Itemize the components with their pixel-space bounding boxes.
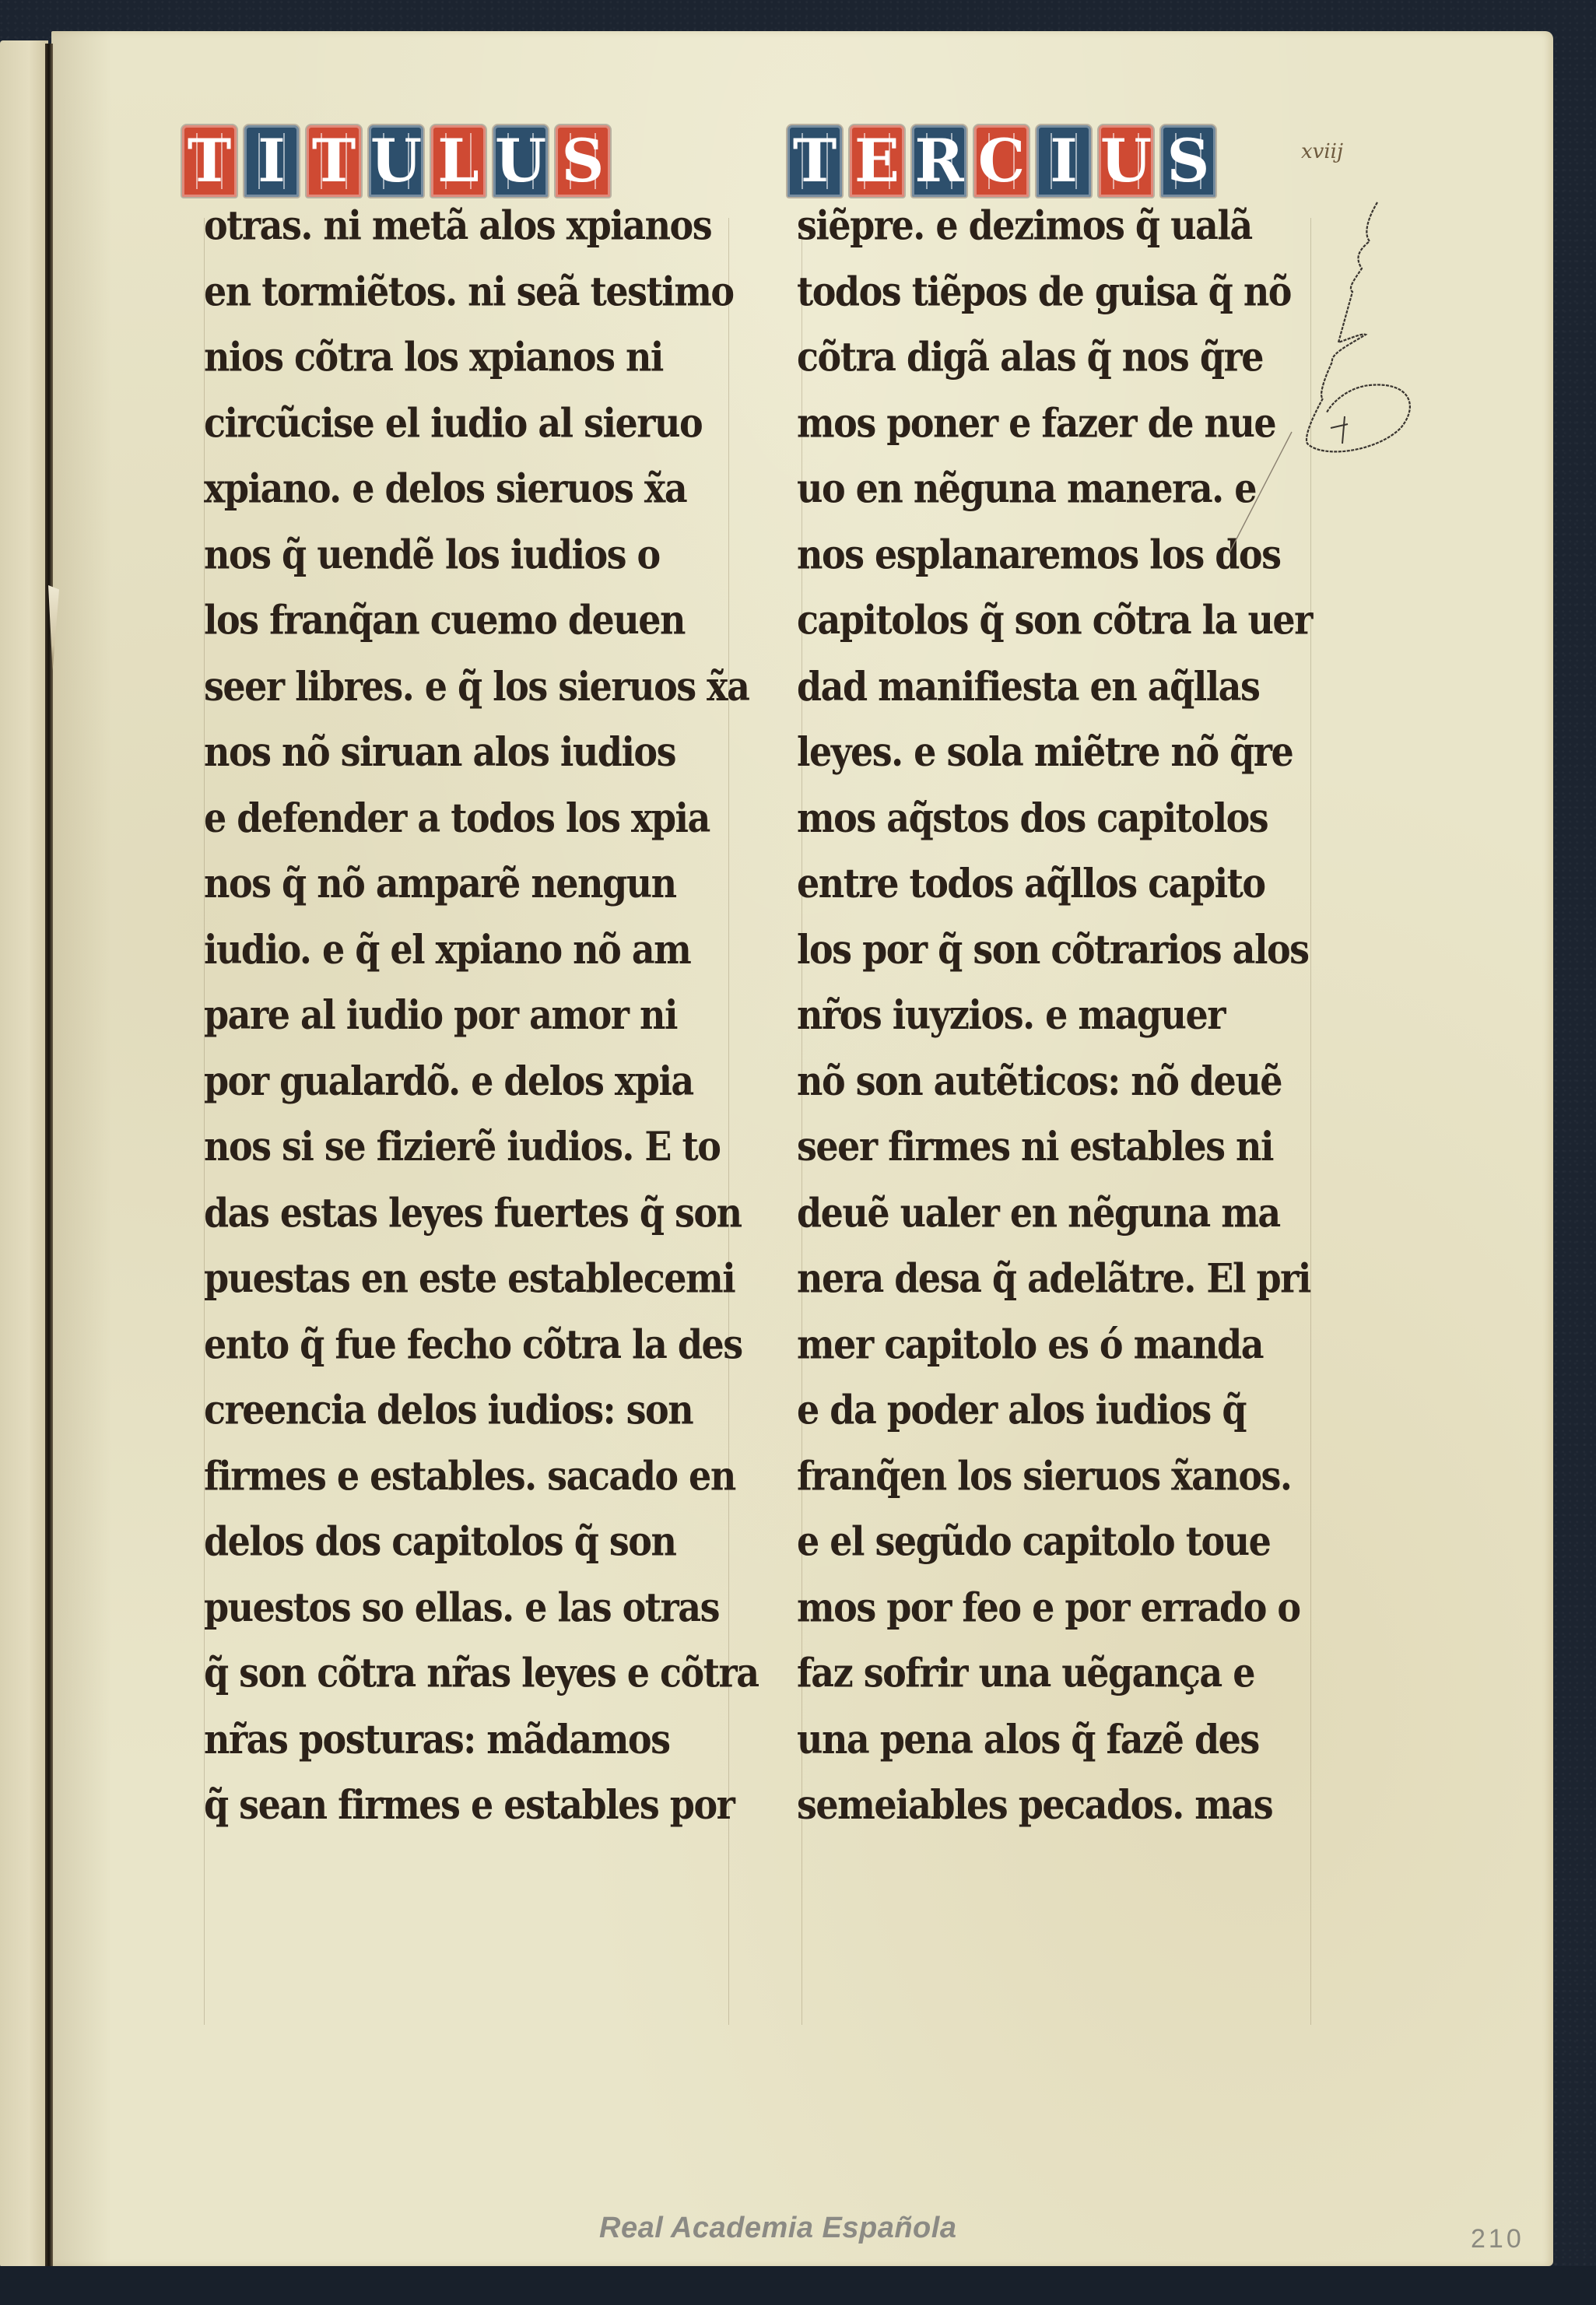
rubric-capital: T [181, 124, 238, 198]
text-line: xpiano. e delos sieruos x̃a [204, 456, 749, 522]
text-line: nr̃as posturas: mãdamos [204, 1707, 749, 1773]
rubric-capital: T [786, 124, 844, 198]
text-line: das estas leyes fuertes q̃ son [204, 1180, 749, 1246]
rubric-capital: E [848, 124, 906, 198]
facing-page-edge [0, 40, 48, 2268]
text-line: e el segũdo capitolo toue [797, 1509, 1342, 1575]
text-line: capitolos q̃ son cõtra la uer [797, 588, 1342, 654]
text-line: seer firmes ni estables ni [797, 1114, 1342, 1181]
text-line: entre todos aq̃llos capito [797, 851, 1342, 917]
text-line: delos dos capitolos q̃ son [204, 1509, 749, 1575]
text-line: q̃ sean firmes e estables por [204, 1772, 749, 1838]
text-line: iudio. e q̃ el xpiano nõ am [204, 917, 749, 983]
heading-right: TERCIUS [786, 105, 1217, 198]
text-line: faz sofrir una uẽgança e [797, 1640, 1342, 1707]
binding-gutter [45, 44, 53, 2266]
text-line: seer libres. e q̃ los sieruos x̃a [204, 654, 749, 720]
text-line: nos q̃ nõ amparẽ nengun [204, 851, 749, 917]
text-line: nos nõ siruan alos iudios [204, 719, 749, 785]
rubric-capital: U [492, 124, 549, 198]
text-line: semeiables pecados. mas [797, 1772, 1342, 1838]
text-line: pare al iudio por amor ni [204, 983, 749, 1049]
text-line: circũcise el iudio al sieruo [204, 391, 749, 457]
rubric-capital: I [243, 124, 300, 198]
rubric-capital: L [430, 124, 487, 198]
text-line: firmes e estables. sacado en [204, 1444, 749, 1510]
text-line: nos q̃ uendẽ los iudios o [204, 522, 749, 588]
rubric-capital: S [1159, 124, 1217, 198]
rubric-capital: C [973, 124, 1030, 198]
text-line: leyes. e sola miẽtre nõ q̃re [797, 719, 1342, 785]
background-band [0, 2266, 1596, 2305]
pen-flourish-sketch-icon [1276, 195, 1432, 475]
text-line: otras. ni metã alos xpianos [204, 193, 749, 259]
text-line: deuẽ ualer en nẽguna ma [797, 1180, 1342, 1246]
text-line: dad manifiesta en aq̃llas [797, 654, 1342, 720]
text-line: cõtra digã alas q̃ nos q̃re [797, 325, 1342, 391]
text-line: creencia delos iudios: son [204, 1377, 749, 1444]
text-line: puestas en este establecemi [204, 1246, 749, 1312]
text-line: e da poder alos iudios q̃ [797, 1377, 1342, 1444]
text-line: mos aq̃stos dos capitolos [797, 785, 1342, 851]
margin-stroke-icon [1214, 428, 1300, 584]
text-column-left: otras. ni metã alos xpianosen tormiẽtos.… [204, 193, 749, 1838]
text-line: nios cõtra los xpianos ni [204, 325, 749, 391]
text-line: todos tiẽpos de guisa q̃ nõ [797, 259, 1342, 325]
rubric-capital: U [1097, 124, 1155, 198]
heading-left: TITULUS [181, 105, 612, 198]
margin-note: xviij [1301, 140, 1343, 163]
rubric-capital: T [305, 124, 363, 198]
text-line: franq̃en los sieruos x̃anos. [797, 1444, 1342, 1510]
text-line: los franq̃an cuemo deuen [204, 588, 749, 654]
rubric-capital: S [554, 124, 612, 198]
text-line: una pena alos q̃ fazẽ des [797, 1707, 1342, 1773]
text-line: mos por feo e por errado o [797, 1575, 1342, 1641]
text-line: por gualardõ. e delos xpia [204, 1048, 749, 1114]
text-line: puestos so ellas. e las otras [204, 1575, 749, 1641]
rubric-capital: I [1035, 124, 1093, 198]
text-line: ento q̃ fue fecho cõtra la des [204, 1312, 749, 1378]
folio-number: 210 [1471, 2224, 1524, 2254]
text-line: los por q̃ son cõtrarios alos [797, 917, 1342, 983]
text-line: nr̃os iuyzios. e maguer [797, 983, 1342, 1049]
text-line: q̃ son cõtra nr̃as leyes e cõtra [204, 1640, 749, 1707]
text-line: mer capitolo es ó manda [797, 1312, 1342, 1378]
text-line: e defender a todos los xpia [204, 785, 749, 851]
text-line: en tormiẽtos. ni seã testimo [204, 259, 749, 325]
watermark: Real Academia Española [599, 2212, 956, 2245]
text-line: nera desa q̃ adelãtre. El pri [797, 1246, 1342, 1312]
text-line: nõ son autẽticos: nõ deuẽ [797, 1048, 1342, 1114]
rubric-capital: U [367, 124, 425, 198]
text-line: siẽpre. e dezimos q̃ ualã [797, 193, 1342, 259]
text-line: nos si se fizierẽ iudios. E to [204, 1114, 749, 1181]
rubric-capital: R [910, 124, 968, 198]
